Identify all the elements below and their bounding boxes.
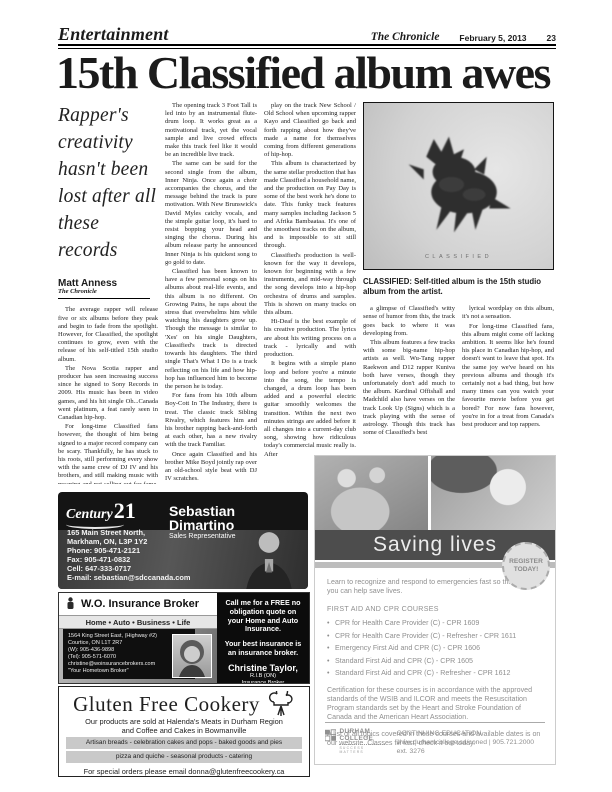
badge-line2: TODAY!	[514, 566, 539, 574]
courses-heading: FIRST AID AND CPR COURSES	[327, 605, 543, 614]
sl-intro: Learn to recognize and respond to emerge…	[327, 578, 517, 596]
article-paragraph: The opening track 3 Foot Tall is led int…	[165, 102, 257, 159]
broker-figure-icon	[65, 597, 76, 611]
address-line: Fax: 905-471-0832	[67, 555, 190, 564]
photo-caption: CLASSIFIED: Self-titled album is the 15t…	[363, 277, 554, 296]
address-line: E-mail: sebastian@sdccanada.com	[67, 573, 190, 582]
article-paragraph: It begins with a simple piano loop and b…	[264, 360, 356, 458]
wo-insurance-ad: W.O. Insurance Broker Home • Auto • Busi…	[58, 592, 310, 684]
register-today-badge: REGISTER TODAY!	[502, 542, 550, 590]
wo-tagline: Home • Auto • Business • Life	[59, 615, 217, 629]
address-line: Phone: 905-471-2121	[67, 546, 190, 555]
caption-label: CLASSIFIED:	[363, 277, 412, 286]
masthead: The Chronicle	[371, 31, 440, 43]
college-name-line2: COLLEGE	[339, 736, 384, 743]
album-art-creature	[396, 119, 522, 245]
article-column-5: lyrical wordplay on this album, it's not…	[462, 305, 554, 457]
century21-logo-number: 21	[114, 498, 136, 524]
continuing-education-block: CONTINUING EDUCATION www.durhamcollege.c…	[397, 729, 545, 756]
gf-line1: Our products are sold at Halenda's Meats…	[59, 717, 309, 726]
durham-college-logo: DURHAM COLLEGE SUCCESS MATTERS	[325, 729, 385, 754]
album-cover-title: CLASSIFIED	[364, 254, 553, 260]
gf-products-bar1: Artisan breads - celebration cakes and p…	[66, 737, 302, 749]
course-item: Emergency First Aid and CPR (C) - CPR 16…	[327, 644, 543, 653]
durham-college-squares-icon	[325, 729, 336, 742]
gf-title: Gluten Free Cookery	[73, 692, 260, 717]
wo-pitch-secondary: Your best insurance is an insurance brok…	[223, 640, 303, 658]
page-number: 23	[547, 33, 556, 43]
newspaper-page: Entertainment The Chronicle February 5, …	[0, 0, 612, 792]
article-paragraph: Classified has been known to have a few …	[165, 268, 257, 391]
article-paragraph: Hi-Deaf is the best example of his creat…	[264, 318, 356, 359]
address-line: Cell: 647-333-0717	[67, 564, 190, 573]
article-body: Rapper's creativity hasn't been lost aft…	[58, 102, 554, 484]
agent-name: Christine Taylor,	[223, 664, 303, 673]
agent-photo	[236, 527, 300, 589]
courses-list: CPR for Health Care Provider (C) - CPR 1…	[327, 619, 543, 678]
century21-logo-word: Century	[66, 507, 113, 523]
agent-credential: R.I.B (ON)	[223, 673, 303, 680]
agent-title: Insurance Broker	[223, 680, 303, 684]
address-line: 165 Main Street North,	[67, 528, 190, 537]
cpr-dummy-photo	[431, 456, 555, 530]
article-column-4: a glimpse of Classified's witty sense of…	[363, 305, 455, 457]
saving-lives-footer: DURHAM COLLEGE SUCCESS MATTERS CONTINUIN…	[325, 722, 545, 756]
wo-title: W.O. Insurance Broker	[81, 598, 199, 610]
article-paragraph: Once again Classified and his brother Mi…	[165, 451, 257, 484]
page-header: Entertainment The Chronicle February 5, …	[58, 24, 556, 45]
header-right: The Chronicle February 5, 2013 23	[371, 31, 556, 45]
cpr-training-photo	[315, 456, 428, 530]
century21-ad: Century21 Sebastian Dimartino Sales Repr…	[58, 492, 308, 589]
continuing-education-title: CONTINUING EDUCATION	[397, 729, 545, 738]
course-item: CPR for Health Care Provider (C) - CPR 1…	[327, 619, 543, 628]
wo-pitch-primary: Call me for a FREE no obligation quote o…	[223, 599, 303, 634]
cpr-photos-row	[315, 456, 555, 530]
gf-products-bar2: pizza and quiche - seasonal products - c…	[66, 751, 302, 763]
cars-photo-background: 1564 King Street East, (Highway #2) Cour…	[59, 629, 217, 683]
article-paragraph: This album is characterized by the same …	[264, 160, 356, 250]
album-cover-image: CLASSIFIED	[363, 102, 554, 270]
article-right-block: CLASSIFIED CLASSIFIED: Self-titled album…	[363, 102, 554, 484]
article-paragraph: The Nova Scotia rapper and producer has …	[58, 365, 158, 422]
gluten-free-cookery-ad: Gluten Free Cookery Our products are sol…	[58, 686, 310, 777]
byline: Matt Anness The Chronicle	[58, 280, 150, 299]
durham-college-wordmark: DURHAM COLLEGE SUCCESS MATTERS	[339, 729, 384, 754]
article-paragraph: Classified's production is well-known fo…	[264, 252, 356, 318]
pull-quote: Rapper's creativity hasn't been lost aft…	[58, 102, 158, 264]
saving-lives-ad: Saving lives REGISTER TODAY! Learn to re…	[314, 455, 556, 765]
course-item: Standard First Aid and CPR (C) - CPR 160…	[327, 657, 543, 666]
badge-line1: REGISTER	[509, 558, 543, 566]
article-paragraph: For long-time Classified fans, this albu…	[462, 323, 554, 430]
continuing-education-contact: www.durhamcollege.ca/coned | 905.721.200…	[397, 738, 545, 756]
article-paragraph: a glimpse of Classified's witty sense of…	[363, 305, 455, 338]
college-tagline: SUCCESS MATTERS	[339, 744, 384, 754]
byline-author: Matt Anness	[58, 280, 150, 288]
chef-hat-whisk-icon	[267, 691, 295, 717]
article-column-1: Rapper's creativity hasn't been lost aft…	[58, 102, 158, 484]
wo-header: W.O. Insurance Broker	[59, 593, 217, 615]
address-line: Markham, ON, L3P 1Y2	[67, 537, 190, 546]
article-paragraph: The same can be said for the second sing…	[165, 160, 257, 267]
article-column-3: play on the track New School / Old Schoo…	[264, 102, 356, 484]
course-item: CPR for Health Care Provider (C) - Refre…	[327, 632, 543, 641]
issue-date: February 5, 2013	[459, 33, 526, 43]
byline-credit: The Chronicle	[58, 288, 150, 296]
article-paragraph: This album features a few tracks with so…	[363, 339, 455, 437]
article-paragraph: For fans from his 10th album Boy-Cott In…	[165, 392, 257, 449]
gf-title-row: Gluten Free Cookery	[59, 691, 309, 717]
wo-agent-block: Christine Taylor, R.I.B (ON) Insurance B…	[223, 664, 303, 684]
section-title: Entertainment	[58, 24, 169, 45]
article-paragraph: lyrical wordplay on this album, it's not…	[462, 305, 554, 321]
course-item: Standard First Aid and CPR (C) - Refresh…	[327, 669, 543, 678]
agent-contact-block: 165 Main Street North, Markham, ON, L3P …	[67, 528, 190, 582]
wo-right-panel: Call me for a FREE no obligation quote o…	[217, 593, 309, 683]
article-lower-columns: a glimpse of Classified's witty sense of…	[363, 305, 554, 457]
agent-photo	[172, 634, 212, 678]
article-headline: 15th Classified album awes	[56, 50, 558, 96]
article-paragraph: The average rapper will release five or …	[58, 306, 158, 363]
wo-left-panel: W.O. Insurance Broker Home • Auto • Busi…	[59, 593, 217, 683]
certification-note: Certification for these courses is in ac…	[327, 686, 543, 722]
article-paragraph: For long-time Classified fans however, t…	[58, 423, 158, 484]
article-paragraph: play on the track New School / Old Schoo…	[264, 102, 356, 159]
gf-order-email: For special orders please email donna@gl…	[59, 767, 309, 776]
header-rule-thick	[58, 44, 556, 46]
article-column-2: The opening track 3 Foot Tall is led int…	[165, 102, 257, 484]
gf-line2: and Coffee and Cakes in Bowmanville	[59, 726, 309, 735]
